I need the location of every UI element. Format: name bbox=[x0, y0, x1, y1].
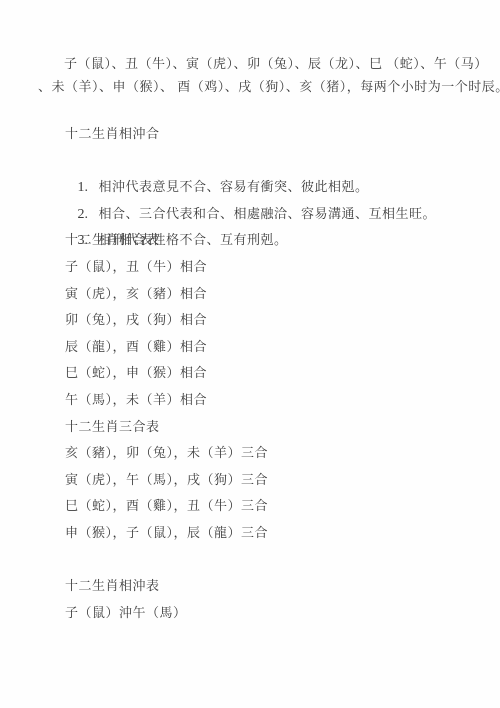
section-sanhe: 十二生肖三合表 亥（豬），卯（兔），未（羊）三合 寅（虎），午（馬），戌（狗）三… bbox=[38, 414, 462, 547]
section-heading-xiangchong: 十二生肖相沖表 bbox=[38, 573, 462, 600]
section-heading-sanhe: 十二生肖三合表 bbox=[38, 414, 462, 441]
xianghe-row: 午（馬），未（羊）相合 bbox=[38, 387, 462, 414]
xianghe-row: 卯（兔），戌（狗）相合 bbox=[38, 307, 462, 334]
section-xianghe: 十二生肖相合表 子（鼠），丑（牛）相合 寅（虎），亥（豬）相合 卯（兔），戌（狗… bbox=[38, 227, 462, 413]
item-number: 1. bbox=[78, 175, 99, 202]
sanhe-row: 寅（虎），午（馬），戌（狗）三合 bbox=[38, 467, 462, 494]
sanhe-row: 巳（蛇），酉（雞），丑（牛）三合 bbox=[38, 493, 462, 520]
blank-line bbox=[38, 547, 462, 574]
intro-line: 、未（羊）、申（猴）、 酉（鸡）、戌（狗）、亥（猪），每两个小时为一个时辰。 bbox=[38, 75, 462, 98]
xianghe-row: 巳（蛇），申（猴）相合 bbox=[38, 360, 462, 387]
section-xiangchong: 十二生肖相沖表 子（鼠）沖午（馬） bbox=[38, 573, 462, 626]
xianghe-row: 子（鼠），丑（牛）相合 bbox=[38, 254, 462, 281]
item-text: 相合、三合代表和合、相處融洽、容易溝通、互相生旺。 bbox=[99, 206, 437, 221]
section-chonghe: 十二生肖相沖合 1.相沖代表意見不合、容易有衝突、彼此相剋。 2.相合、三合代表… bbox=[38, 121, 462, 227]
section-heading-chonghe: 十二生肖相沖合 bbox=[38, 121, 462, 148]
xiangchong-row: 子（鼠）沖午（馬） bbox=[38, 600, 462, 627]
intro-line: 子（鼠）、丑（牛）、寅（虎）、卯（兔）、辰（龙）、巳 （蛇）、午（马） bbox=[38, 52, 462, 75]
sanhe-row: 申（猴），子（鼠），辰（龍）三合 bbox=[38, 520, 462, 547]
list-item-1: 1.相沖代表意見不合、容易有衝突、彼此相剋。 bbox=[38, 148, 462, 175]
paragraph-gap bbox=[38, 98, 462, 121]
item-text: 相沖代表意見不合、容易有衝突、彼此相剋。 bbox=[99, 179, 369, 194]
sanhe-row: 亥（豬），卯（兔），未（羊）三合 bbox=[38, 440, 462, 467]
intro-paragraph: 子（鼠）、丑（牛）、寅（虎）、卯（兔）、辰（龙）、巳 （蛇）、午（马） 、未（羊… bbox=[38, 52, 462, 98]
xianghe-row: 辰（龍），酉（雞）相合 bbox=[38, 334, 462, 361]
document-page: 子（鼠）、丑（牛）、寅（虎）、卯（兔）、辰（龙）、巳 （蛇）、午（马） 、未（羊… bbox=[0, 0, 500, 708]
xianghe-row: 寅（虎），亥（豬）相合 bbox=[38, 281, 462, 308]
item-number: 2. bbox=[78, 202, 99, 229]
